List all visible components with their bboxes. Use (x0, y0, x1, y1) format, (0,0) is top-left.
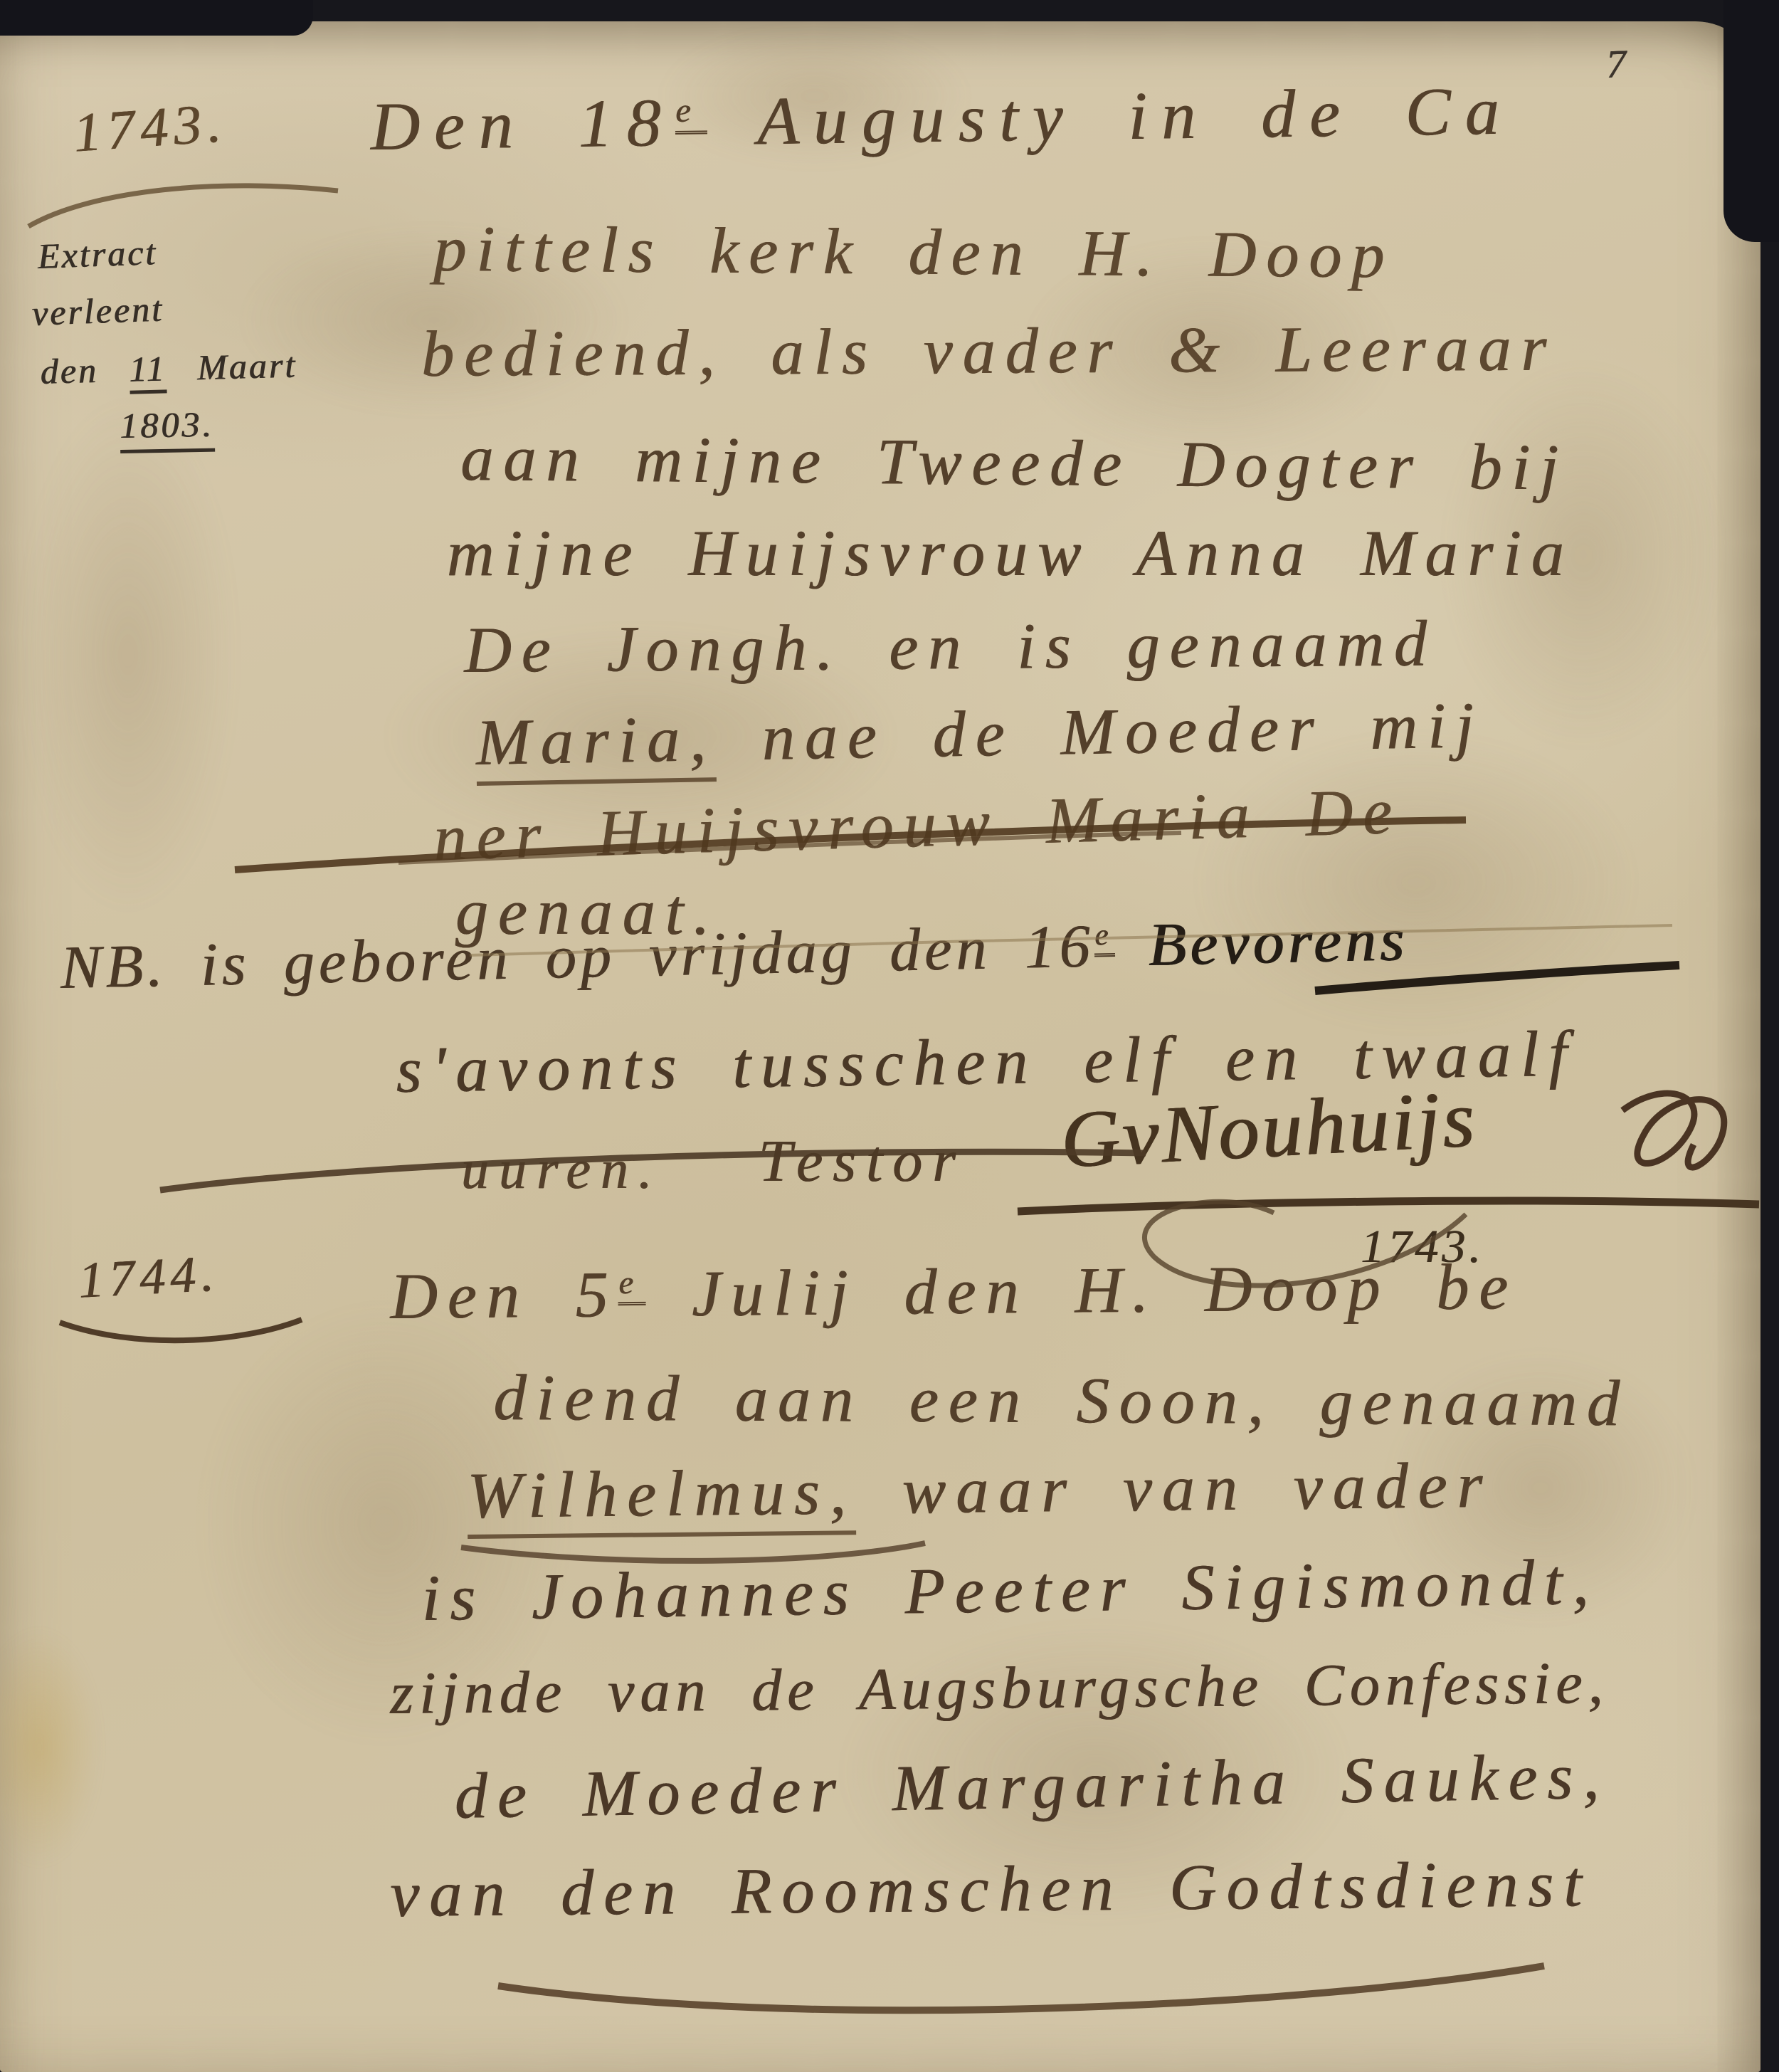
scan-edge-top-right (1723, 0, 1779, 242)
margin-year-1744: 1744. (77, 1243, 220, 1312)
manuscript-line: aan mijne Tweede Dogter bij (460, 419, 1568, 507)
margin-year-1743: 1743. (71, 89, 229, 166)
extract-note-line1: Extract (37, 231, 158, 278)
superscript-e: e (675, 91, 707, 135)
manuscript-line: mijne Huijsvrouw Anna Maria (447, 514, 1574, 592)
extract-note-day: 11 (129, 348, 167, 394)
superscript-e: e (1094, 918, 1115, 957)
line-text: Den 18 (370, 84, 675, 164)
extract-note-den: den (40, 349, 130, 391)
child-name-maria: Maria, (475, 702, 717, 786)
testor-label: Testor (759, 1126, 966, 1198)
superscript-e: e (618, 1264, 645, 1305)
manuscript-line: Den 18e Augusty in de Ca (370, 70, 1514, 168)
child-name-wilhelmus: Wilhelmus, (467, 1455, 856, 1539)
page-number: 7 (1605, 41, 1628, 89)
line-text: Augusty in de Ca (707, 73, 1514, 160)
extract-note-month: Maart (166, 345, 297, 389)
scan-edge-top-left (0, 0, 313, 36)
manuscript-line: Den 5e Julij den H. Doop be (390, 1247, 1519, 1335)
manuscript-line: is Johannes Peeter Sigismondt, (421, 1542, 1599, 1637)
manuscript-line: diend aan een Soon, genaamd (493, 1358, 1630, 1443)
manuscript-line: pittels kerk den H. Doop (433, 209, 1395, 295)
extract-note-year-1803: 1803. (120, 403, 215, 453)
struck-word-bevorens: Bevorens (1148, 905, 1409, 979)
extract-note-line2: verleent (31, 288, 164, 335)
manuscript-line: Wilhelmus, waar van vader (467, 1446, 1493, 1535)
manuscript-line: De Jongh. en is genaamd (464, 604, 1437, 689)
manuscript-scan: 7 1743. Extract verleent den 11 Maart 18… (0, 0, 1779, 2072)
line-text: waar van vader (855, 1448, 1493, 1527)
line-text: Julij den H. Doop be (645, 1250, 1519, 1330)
manuscript-line: bediend, als vader & Leeraar (421, 309, 1557, 394)
manuscript-line: van den Roomschen Godtsdienst (390, 1844, 1592, 1933)
line-text: Den 5 (390, 1258, 618, 1332)
bleed-through-mark (21, 399, 235, 911)
extract-note-line3: den 11 Maart (40, 344, 297, 393)
line-text: nae de Moeder mij (715, 688, 1484, 774)
manuscript-line: zijnde van de Augsburgsche Confessie, (390, 1648, 1609, 1730)
manuscript-line: uuren. (461, 1136, 662, 1203)
